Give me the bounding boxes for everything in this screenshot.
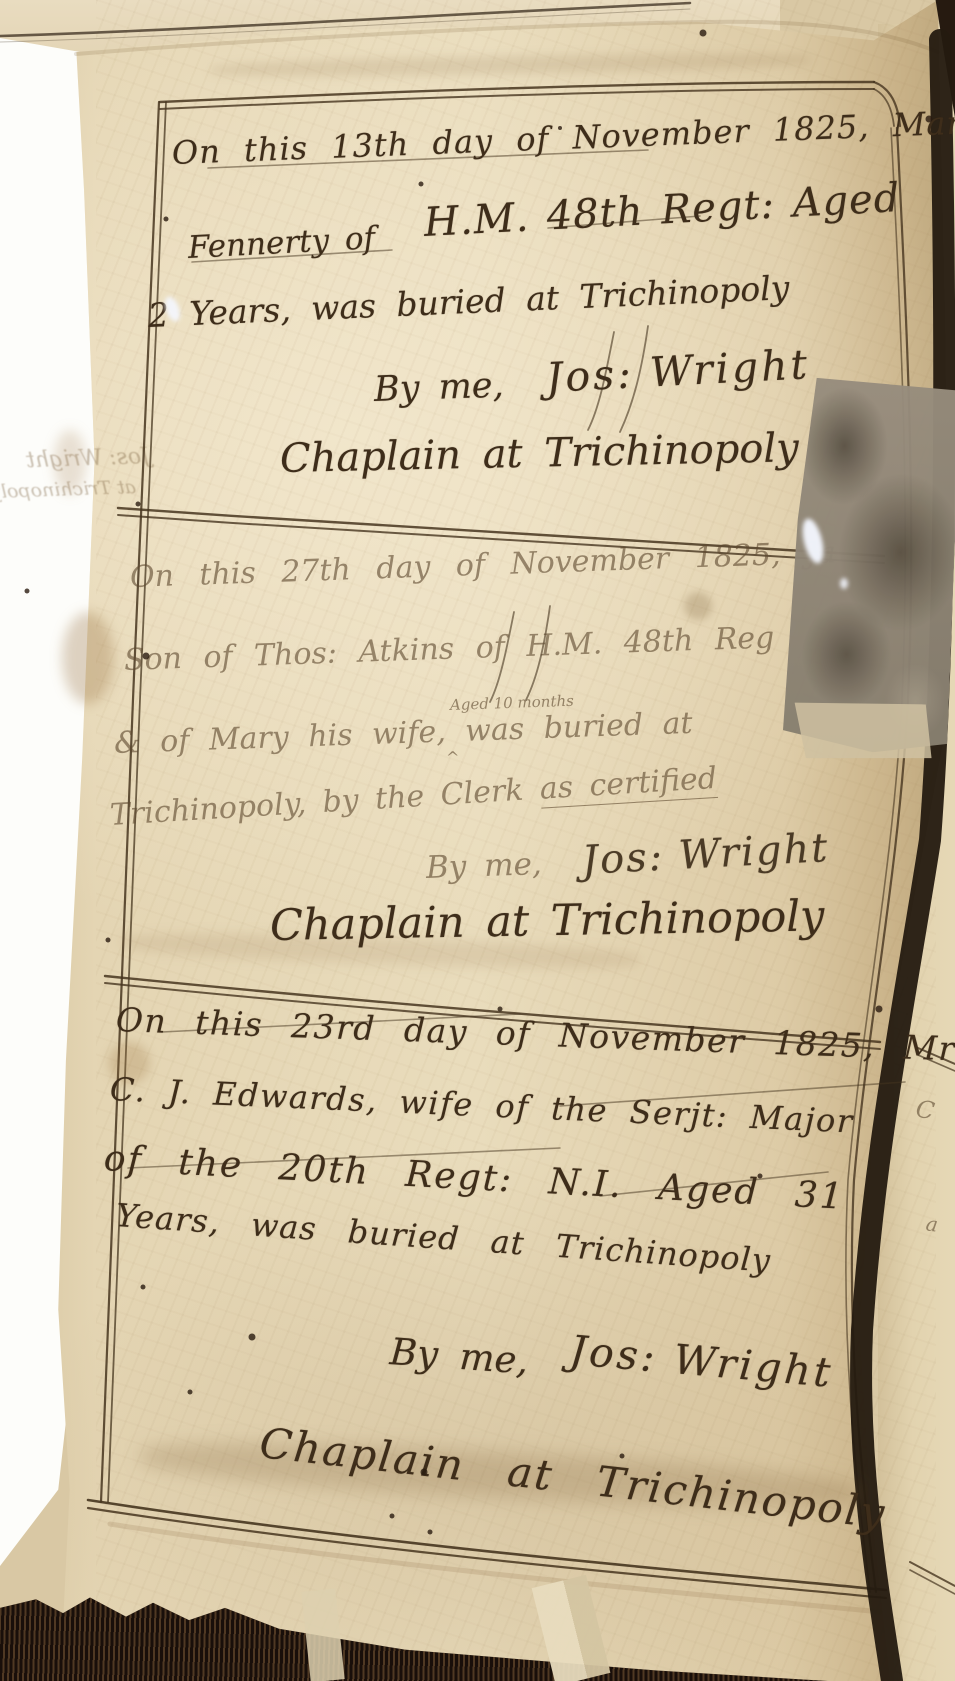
photograph-of-burial-register-page: Jos: Wright at Trichinopoly [0,0,955,1681]
bleed-through-text: Jos: Wright [26,444,151,473]
entry2-attestation-prefix: By me, [425,846,542,886]
entry2-signature-title: Chaplain at Trichinopoly [270,891,825,951]
light-glint [840,578,848,589]
entry1-attestation-prefix: By me, [373,365,504,410]
entry2-caret: ^ [446,748,459,767]
